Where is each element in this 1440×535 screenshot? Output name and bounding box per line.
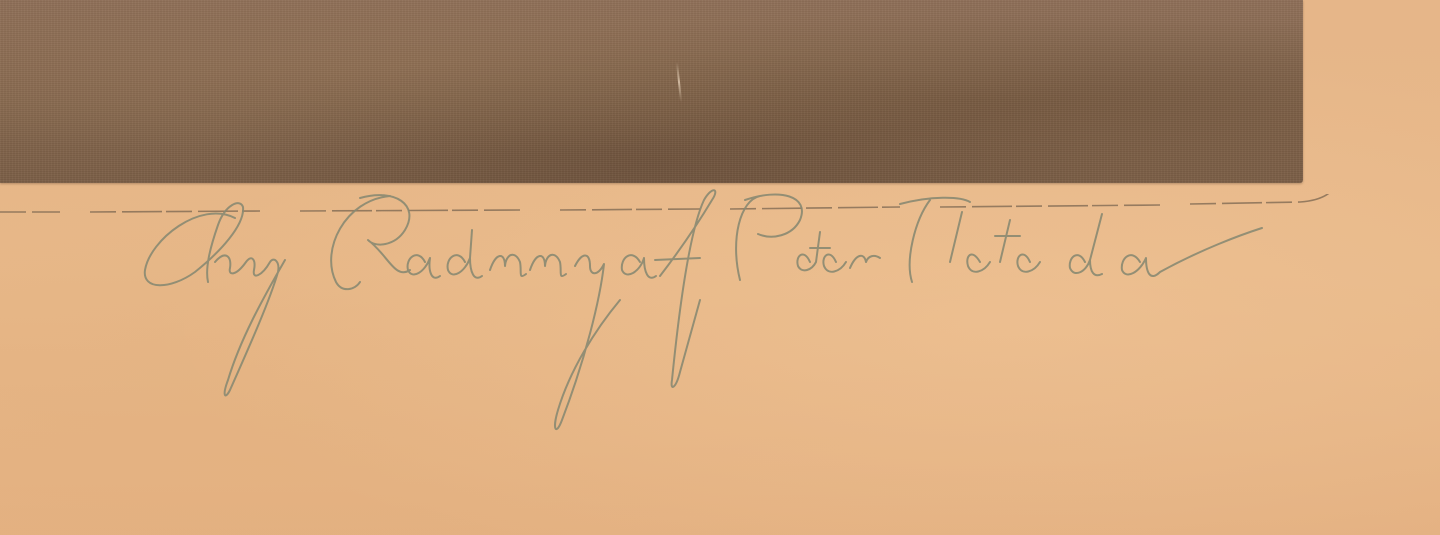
pencil-inscription — [0, 0, 1440, 535]
